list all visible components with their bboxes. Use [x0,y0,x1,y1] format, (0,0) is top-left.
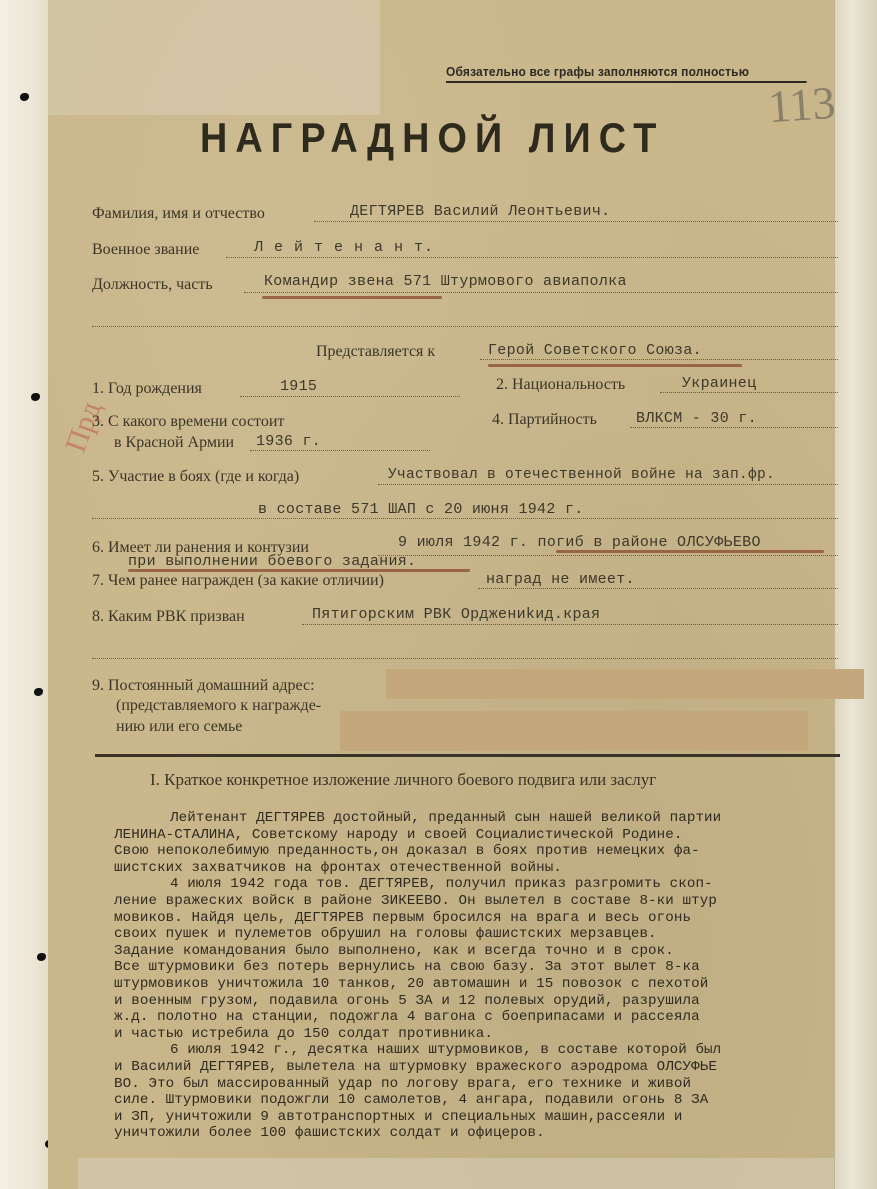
wounds-value-1: 9 июля 1942 г. погиб в районе ОЛСУФЬЕВО [398,534,761,551]
rank-value: Л е й т е н а н т. [254,239,434,256]
tape-overlay [48,0,380,115]
red-underline [556,550,824,553]
citation-line: ЛЕНИНА-СТАЛИНА, Советскому народу и свое… [114,827,866,844]
handwritten-page-number: 113 [766,76,837,134]
citation-line: мовиков. Найдя цель, ДЕГТЯРЕВ первым бро… [114,910,866,927]
battles-label: 5. Участие в боях (где и когда) [92,468,299,486]
prior-awards-line [478,588,838,589]
blank-line [92,658,838,659]
nationality-line [660,392,838,393]
address-label: 9. Постоянный домашний адрес: [92,677,315,695]
name-value: ДЕГТЯРЕВ Василий Леонтьевич. [350,203,610,220]
citation-line: и ЗП, уничтожили 9 автотранспортных и сп… [114,1109,866,1126]
citation-line: Все штурмовики без потерь вернулись на с… [114,959,866,976]
citation-line: Задание командования было выполнено, как… [114,943,866,960]
army-since-label: 3. С какого времени состоит [92,413,284,431]
nationality-label: 2. Национальность [496,376,625,394]
prior-awards-label: 7. Чем ранее награжден (за какие отличии… [92,572,384,590]
wounds-value-2: при выполнении боевого задания. [128,553,416,570]
position-line [244,292,838,293]
nominated-value: Герой Советского Союза. [488,342,702,359]
birth-year-value: 1915 [280,378,317,395]
section-divider [95,754,840,757]
army-since-label-2: в Красной Армии [114,434,234,452]
address-label-3: нию или его семье [116,718,242,736]
citation-line: уничтожили более 100 фашистских солдат и… [114,1125,866,1142]
citation-line: своих пушек и пулеметов обрушил на голов… [114,926,866,943]
birth-year-label: 1. Год рождения [92,380,202,398]
draft-office-label: 8. Каким РВК призван [92,608,245,626]
battles-value-1: Участвовал в отечественной войне на зап.… [388,467,775,483]
blank-line [92,326,838,327]
citation-line: и Василий ДЕГТЯРЕВ, вылетела на штурмовк… [114,1059,866,1076]
rank-label: Военное звание [92,241,199,259]
battles-value-2: в составе 571 ШАП с 20 июня 1942 г. [258,501,584,518]
citation-line: Лейтенант ДЕГТЯРЕВ достойный, преданный … [114,810,866,827]
nationality-value: Украинец [682,375,756,392]
citation-line: 6 июля 1942 г., десятка наших штурмовико… [114,1042,866,1059]
party-line [630,427,838,428]
name-line [314,221,838,222]
birth-year-line [240,396,460,397]
battles-line [378,484,838,485]
punch-hole [20,93,29,101]
citation-line: ВО. Это был массированный удар по логову… [114,1076,866,1093]
position-label: Должность, часть [92,276,213,294]
wounds-line [378,555,838,556]
citation-line: и частью истребила до 150 солдат противн… [114,1026,866,1043]
draft-office-value: Пятигорским РВК Орджениkид.края [312,606,600,623]
citation-line: штурмовиков уничтожила 10 танков, 20 авт… [114,976,866,993]
binding-margin [0,0,50,1189]
citation-line: 4 июля 1942 года тов. ДЕГТЯРЕВ, получил … [114,876,866,893]
rank-line [226,257,838,258]
document-title: НАГРАДНОЙ ЛИСТ [200,114,686,162]
punch-hole [31,393,40,401]
address-label-2: (представляемого к награжде- [116,697,321,715]
draft-office-line [302,624,838,625]
position-value: Командир звена 571 Штурмового авиаполка [264,273,627,290]
army-since-line [250,450,430,451]
punch-hole [37,953,46,961]
party-value: ВЛКСМ - 30 г. [636,410,757,427]
citation-line: Свою непоколебимую преданность,он доказа… [114,843,866,860]
red-underline [262,296,442,299]
name-label: Фамилия, имя и отчество [92,205,265,223]
fill-all-fields-note: Обязательно все графы заполняются полнос… [446,64,807,83]
citation-line: силе. Штурмовики подожгли 10 самолетов, … [114,1092,866,1109]
redacted-address [386,669,864,699]
army-since-value: 1936 г. [256,433,321,450]
citation-line: ление вражеских войск в районе ЗИКЕЕВО. … [114,893,866,910]
citation-line: шистских захватчиков на фронтах отечеств… [114,860,866,877]
redacted-address-2 [340,711,808,751]
citation-line: и военным грузом, подавила огонь 5 ЗА и … [114,993,866,1010]
citation-line: ж.д. полотно на станции, подожгла 4 ваго… [114,1009,866,1026]
tape-overlay [78,1158,842,1189]
battles-line-2 [92,518,838,519]
punch-hole [34,688,43,696]
party-label: 4. Партийность [492,411,597,429]
section-title: I. Краткое конкретное изложение личного … [150,770,656,790]
nominated-label: Представляется к [316,343,435,361]
red-underline [488,364,742,367]
nominated-line [480,359,838,360]
prior-awards-value: наград не имеет. [486,571,635,588]
citation-text: Лейтенант ДЕГТЯРЕВ достойный, преданный … [114,810,866,1142]
